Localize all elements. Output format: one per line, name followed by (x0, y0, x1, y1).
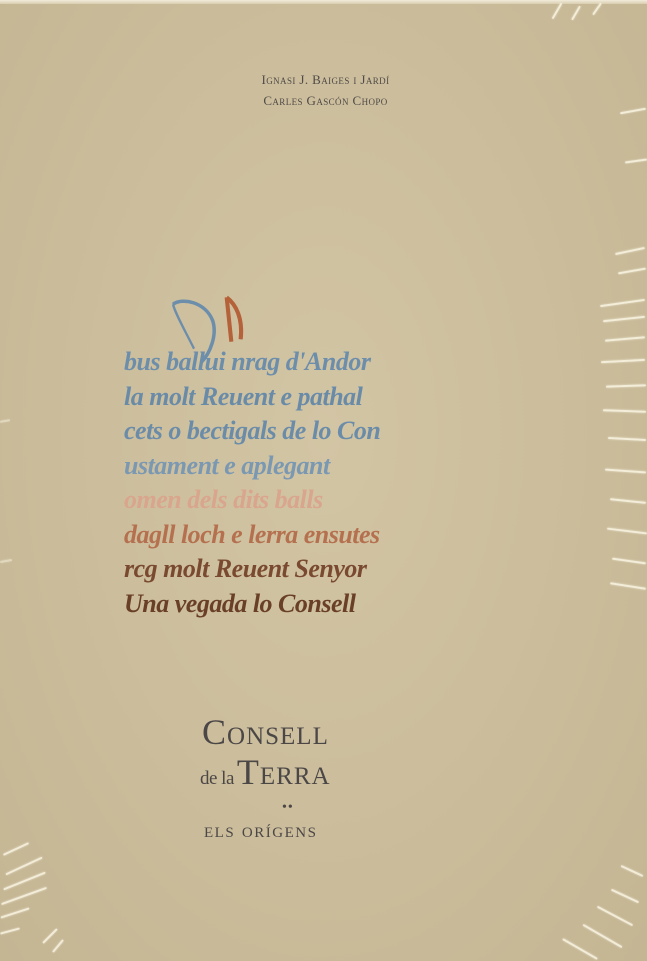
glare-streak (3, 872, 45, 891)
title-connector: de la (200, 759, 234, 799)
manuscript-line: la molt Reuent e pathal (124, 380, 440, 415)
manuscript-line: ustament e aplegant (124, 449, 440, 484)
title-line-consell: Consell (200, 712, 460, 752)
glare-streak (583, 924, 623, 948)
glare-streak (607, 528, 647, 535)
glare-streak (0, 559, 12, 563)
glare-streak (621, 865, 644, 877)
glare-streak (618, 268, 646, 275)
title-separator: •• (200, 801, 460, 815)
glare-streak (625, 158, 647, 163)
glare-streak (52, 939, 64, 953)
glare-streak (597, 906, 633, 927)
subtitle: Els Orígens (200, 815, 460, 845)
book-title: Consell de la Terra •• Els Orígens (200, 712, 460, 845)
glare-streak (610, 582, 646, 590)
manuscript-line: cets o bectigals de lo Con (124, 414, 440, 449)
author-name: Ignasi J. Baiges i Jardí (0, 69, 647, 90)
glare-streak (3, 842, 29, 856)
glare-streak (1, 887, 47, 905)
title-line-terra: Terra (237, 752, 331, 792)
glare-streak (601, 359, 645, 363)
book-cover: Ignasi J. Baiges i Jardí Carles Gascón C… (0, 0, 647, 961)
manuscript-line: dagll loch e lerra ensutes (124, 518, 440, 553)
manuscript-line: rcg molt Reuent Senyor (124, 552, 440, 587)
manuscript-line: Una vegada lo Consell (124, 587, 440, 621)
manuscript-line: omen dels dits balls (124, 483, 440, 518)
glare-streak (605, 469, 646, 474)
glare-streak (5, 857, 42, 876)
glare-streak (615, 247, 645, 255)
manuscript-illustration: bus ballui nrag d'Andor la molt Reuent e… (124, 295, 440, 620)
glare-streak (0, 907, 29, 918)
glare-streak (608, 437, 646, 441)
glare-streak (605, 336, 645, 341)
author-name: Carles Gascón Chopo (0, 90, 647, 111)
glare-streak (0, 927, 20, 934)
glare-streak (592, 3, 602, 16)
glare-streak (612, 558, 646, 565)
glare-streak (606, 384, 646, 387)
glare-streak (603, 316, 645, 322)
glare-streak (611, 889, 639, 903)
authors: Ignasi J. Baiges i Jardí Carles Gascón C… (0, 69, 647, 111)
glare-streak (0, 419, 10, 423)
glare-streak (571, 6, 581, 21)
glare-streak (600, 299, 645, 307)
glare-streak (42, 928, 58, 944)
cover-top-edge (0, 0, 647, 4)
manuscript-line: bus ballui nrag d'Andor (124, 345, 440, 380)
glare-streak (610, 498, 646, 504)
glare-streak (562, 938, 598, 960)
glare-streak (603, 409, 646, 412)
glare-streak (552, 3, 563, 20)
